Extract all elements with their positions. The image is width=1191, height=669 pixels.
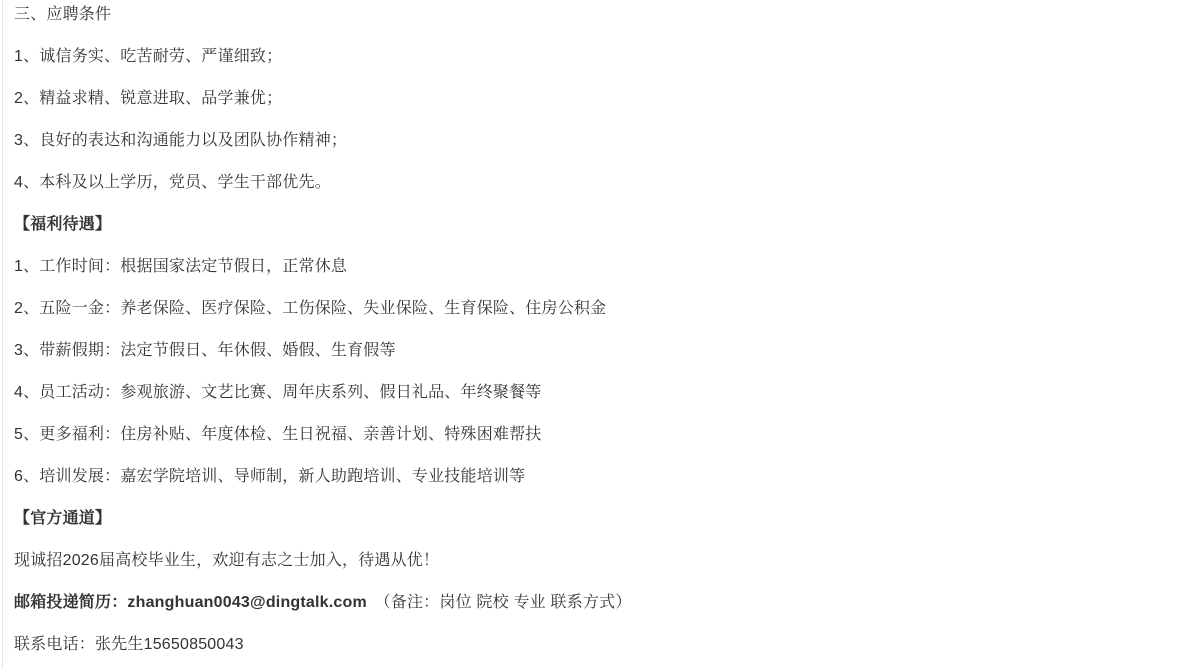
condition-item-4: 4、本科及以上学历，党员、学生干部优先。 bbox=[14, 171, 1153, 195]
benefit-item-5: 5、更多福利：住房补贴、年度体检、生日祝福、亲善计划、特殊困难帮扶 bbox=[14, 423, 1153, 447]
benefit-item-1: 1、工作时间：根据国家法定节假日，正常休息 bbox=[14, 255, 1153, 279]
recruit-intro-text: 现诚招2026届高校毕业生，欢迎有志之士加入，待遇从优！ bbox=[14, 549, 1153, 573]
benefit-item-2: 2、五险一金：养老保险、医疗保险、工伤保险、失业保险、生育保险、住房公积金 bbox=[14, 297, 1153, 321]
benefit-item-3: 3、带薪假期：法定节假日、年休假、婚假、生育假等 bbox=[14, 339, 1153, 363]
benefit-item-4: 4、员工活动：参观旅游、文艺比赛、周年庆系列、假日礼品、年终聚餐等 bbox=[14, 381, 1153, 405]
email-line: 邮箱投递简历：zhanghuan0043@dingtalk.com （备注：岗位… bbox=[14, 591, 1153, 615]
job-posting-document: 三、应聘条件 1、诚信务实、吃苦耐劳、严谨细致； 2、精益求精、锐意进取、品学兼… bbox=[2, 0, 1191, 669]
email-note: （备注：岗位 院校 专业 联系方式） bbox=[375, 594, 632, 611]
phone-line: 联系电话：张先生15650850043 bbox=[14, 633, 1153, 657]
condition-item-1: 1、诚信务实、吃苦耐劳、严谨细致； bbox=[14, 45, 1153, 69]
condition-item-2: 2、精益求精、锐意进取、品学兼优； bbox=[14, 87, 1153, 111]
section-title-channel: 【官方通道】 bbox=[14, 507, 1153, 531]
section-title-benefits: 【福利待遇】 bbox=[14, 213, 1153, 237]
section-title-conditions: 三、应聘条件 bbox=[14, 3, 1153, 27]
benefit-item-6: 6、培训发展：嘉宏学院培训、导师制，新人助跑培训、专业技能培训等 bbox=[14, 465, 1153, 489]
condition-item-3: 3、良好的表达和沟通能力以及团队协作精神； bbox=[14, 129, 1153, 153]
email-address-label: 邮箱投递简历：zhanghuan0043@dingtalk.com bbox=[14, 594, 367, 611]
